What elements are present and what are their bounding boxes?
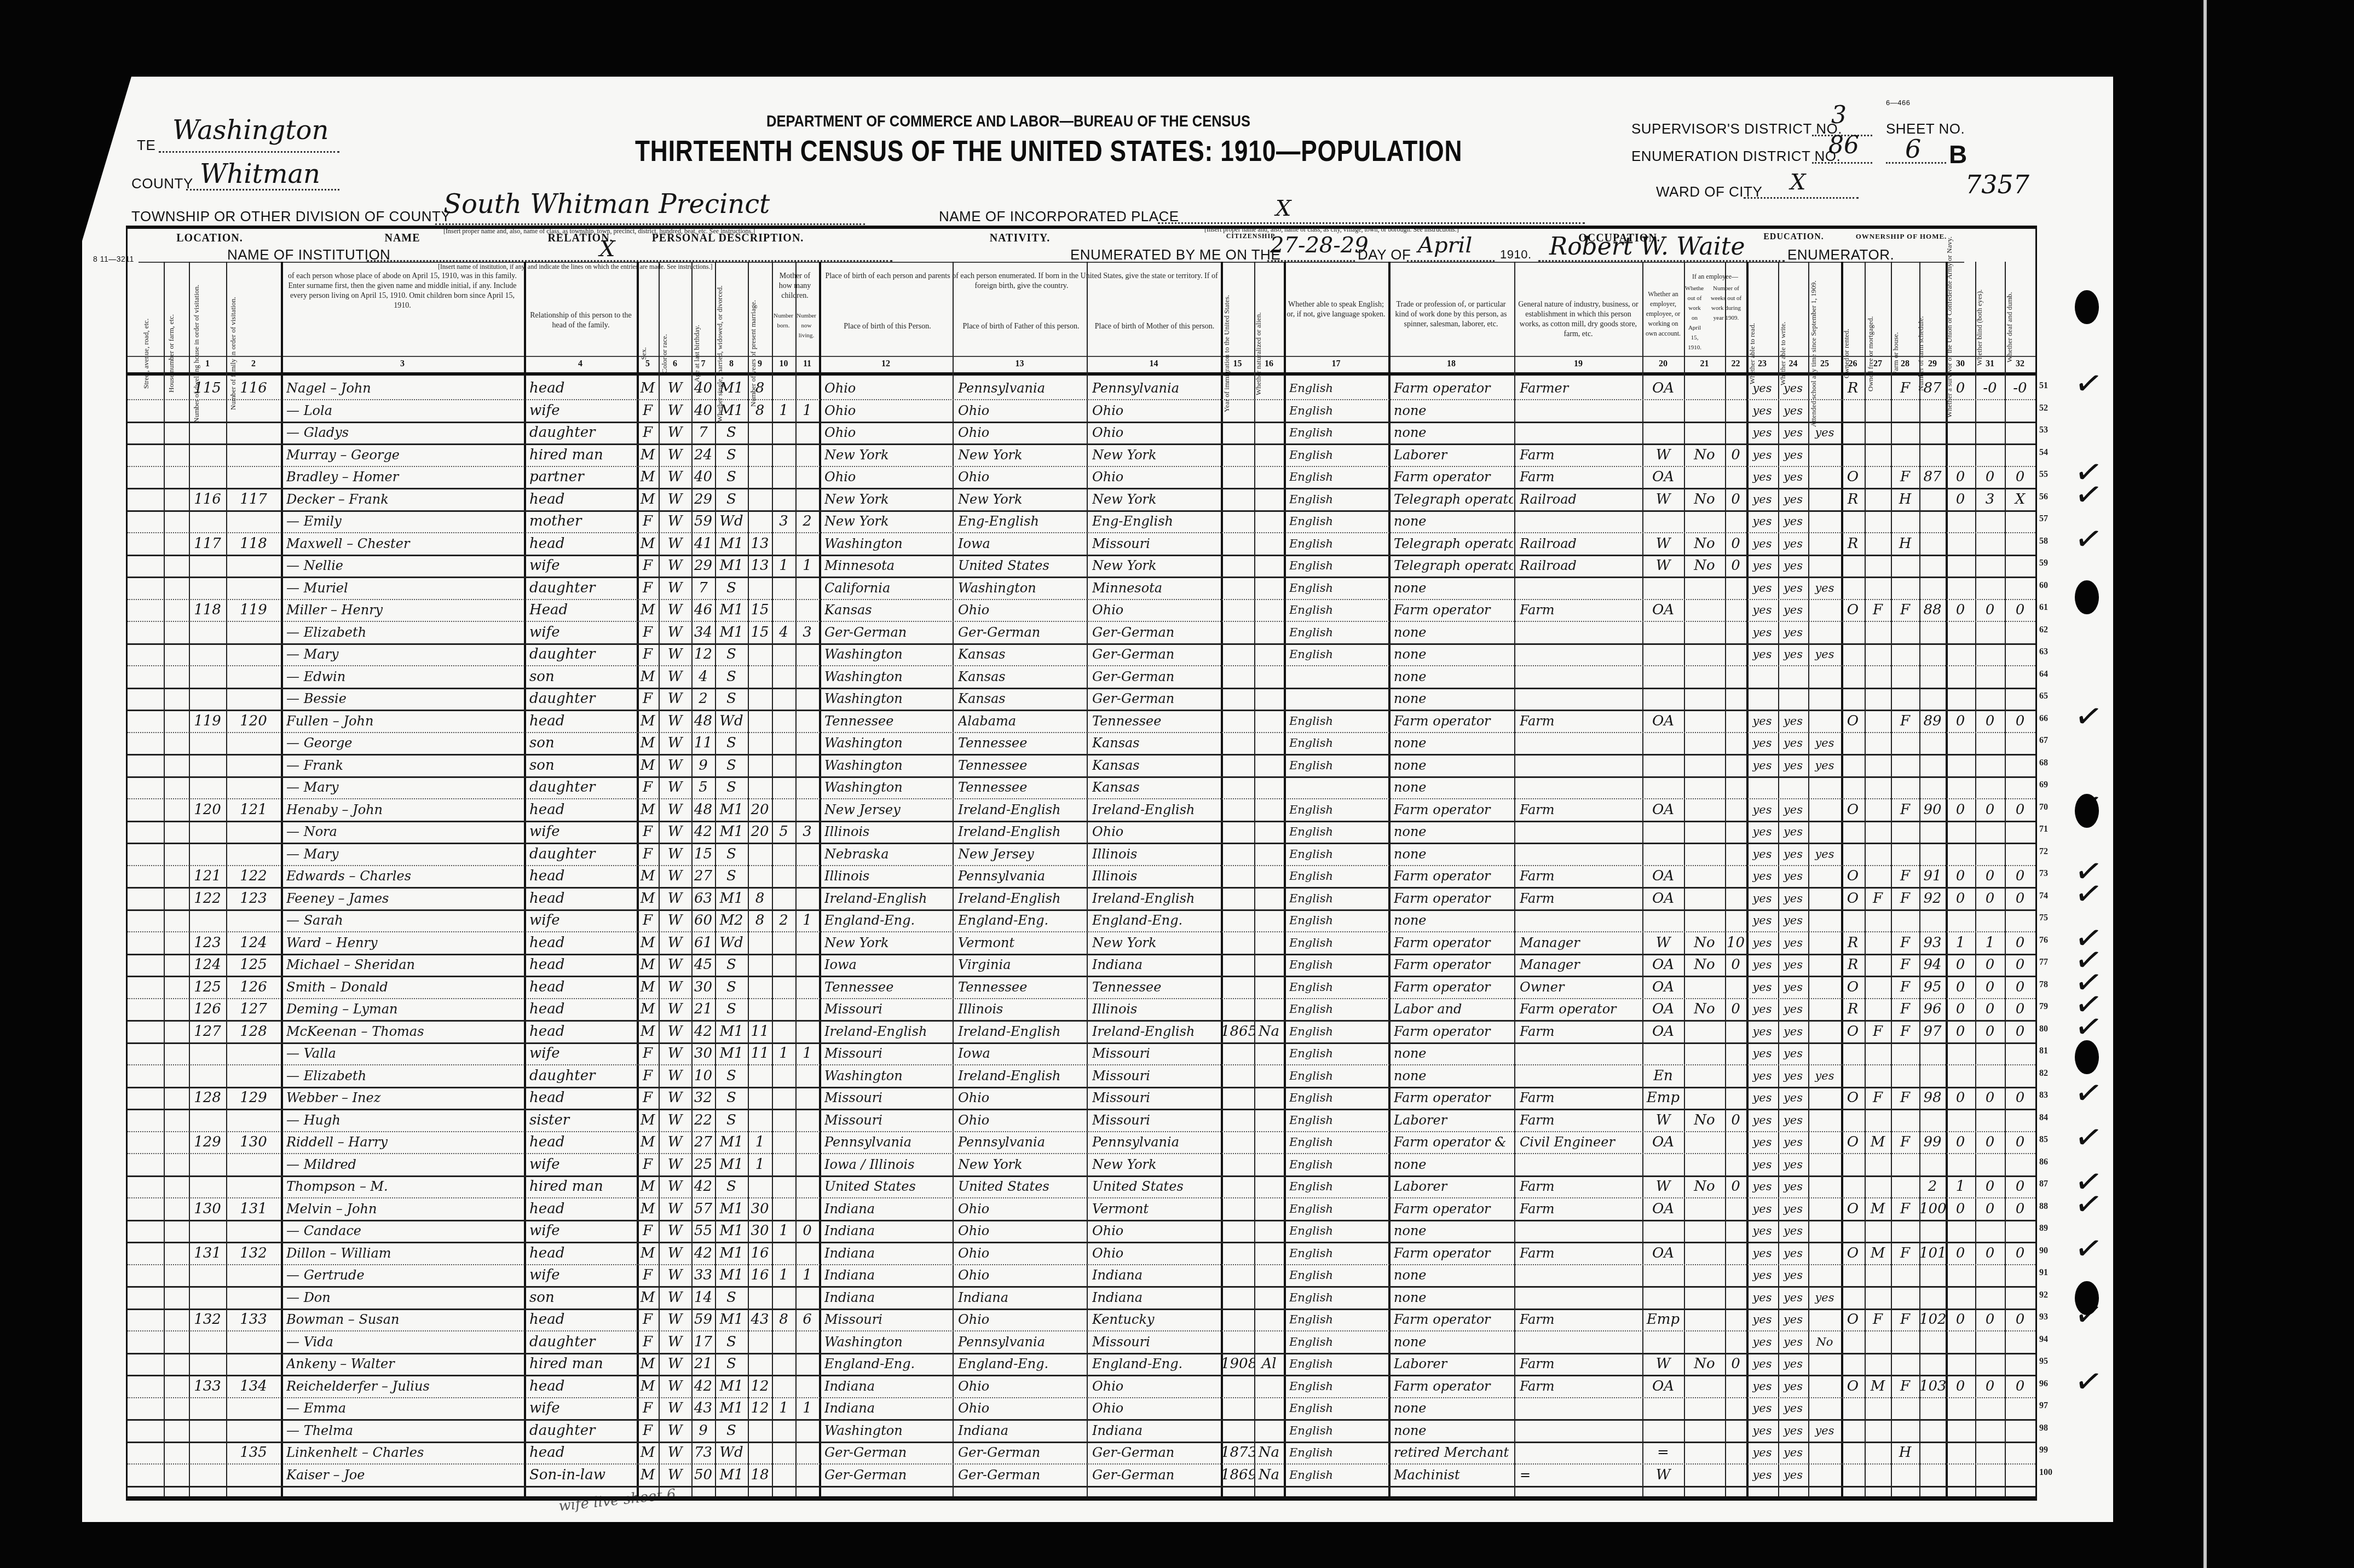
cell-dwelling [189, 1465, 226, 1485]
cell-relation: wife [529, 1043, 636, 1064]
cell-yrs: 30 [748, 1198, 772, 1219]
cell-sex: M [637, 1110, 659, 1131]
cell-bpm: Tennessee [1092, 977, 1220, 998]
cell-trade: retired Merchant [1394, 1442, 1513, 1463]
cell-dwelling [189, 1154, 226, 1175]
table-row: — DonsonMW14SIndianaIndianaIndianaEnglis… [128, 1286, 2035, 1310]
cell-dwelling [189, 821, 226, 842]
cell-living: 1 [795, 1043, 819, 1064]
cell-nat [1254, 445, 1284, 465]
cell-sched [1919, 1331, 1946, 1352]
cell-mort: F [1865, 1087, 1891, 1108]
cell-marital: M1 [715, 821, 748, 842]
cell-imm [1221, 711, 1254, 731]
cell-bp: Missouri [824, 1110, 951, 1131]
cell-race: W [659, 1176, 691, 1197]
cell-industry [1520, 821, 1641, 842]
cell-age: 11 [691, 733, 715, 753]
cell-family [226, 644, 281, 665]
cell-d [2005, 445, 2035, 465]
cell-v [1946, 1043, 1975, 1064]
cell-yrs: 16 [748, 1265, 772, 1285]
cell-race: W [659, 422, 691, 443]
cell-name: Ward – Henry [286, 932, 523, 953]
cell-bpm: Ger-German [1092, 1442, 1220, 1463]
column-number: 12 [819, 359, 953, 369]
cell-oow: No [1684, 932, 1725, 953]
cell-name: Thompson – M. [286, 1176, 523, 1197]
cell-b [1975, 1265, 2005, 1285]
cell-relation: head [529, 799, 636, 820]
cell-trade: Farm operator [1394, 954, 1513, 975]
cell-own: O [1841, 799, 1865, 820]
cell-write: yes [1778, 866, 1808, 886]
cell-imm [1221, 1220, 1254, 1241]
cell-d [2005, 644, 2035, 665]
cell-v [1946, 1154, 1975, 1175]
line-number: 59 [2039, 558, 2048, 568]
cell-yrs [748, 1176, 772, 1197]
cell-sched: 88 [1919, 599, 1946, 620]
cell-wks [1725, 1376, 1746, 1397]
cell-farm [1891, 1265, 1919, 1285]
cell-school: yes [1808, 1065, 1841, 1086]
cell-living [795, 1198, 819, 1219]
cell-imm [1221, 1398, 1254, 1419]
cell-school [1808, 777, 1841, 798]
cell-sex: M [637, 445, 659, 465]
table-row: — SarahwifeFW60M2821England-Eng.England-… [128, 909, 2035, 932]
cell-emp: W [1642, 1465, 1684, 1485]
cell-v: 0 [1946, 977, 1975, 998]
cell-industry [1520, 1398, 1641, 1419]
cell-lang: English [1289, 1309, 1387, 1330]
cell-lang: English [1289, 578, 1387, 598]
table-row: — MarydaughterFW5SWashingtonTennesseeKan… [128, 776, 2035, 799]
cell-bpm: Pennsylvania [1092, 378, 1220, 399]
cell-bpm: Missouri [1092, 1087, 1220, 1108]
cell-read: yes [1746, 466, 1778, 487]
cell-read: yes [1746, 511, 1778, 532]
cell-imm [1221, 422, 1254, 443]
cell-race: W [659, 1132, 691, 1152]
cell-born [772, 1287, 795, 1308]
cell-bpf: Ohio [958, 466, 1086, 487]
cell-d [2005, 622, 2035, 643]
cell-school [1808, 1132, 1841, 1152]
cell-living [795, 378, 819, 399]
cell-imm [1221, 489, 1254, 510]
cell-bpm: Ohio [1092, 1398, 1220, 1419]
cell-race: W [659, 622, 691, 643]
cell-trade: none [1394, 821, 1513, 842]
cell-relation: daughter [529, 422, 636, 443]
cell-race: W [659, 466, 691, 487]
cell-imm [1221, 1087, 1254, 1108]
cell-emp: W [1642, 445, 1684, 465]
cell-race: W [659, 1198, 691, 1219]
table-row: 125126Smith – DonaldheadMW30STennesseeTe… [128, 976, 2035, 999]
cell-d [2005, 1265, 2035, 1285]
cell-race: W [659, 821, 691, 842]
line-number: 54 [2039, 448, 2048, 458]
cell-v [1946, 1220, 1975, 1241]
cell-mort [1865, 1154, 1891, 1175]
cell-yrs [748, 1442, 772, 1463]
cell-oow [1684, 1309, 1725, 1330]
township-label: TOWNSHIP OR OTHER DIVISION OF COUNTY [131, 208, 451, 225]
cell-name: Miller – Henry [286, 599, 523, 620]
cell-nat [1254, 1287, 1284, 1308]
cell-marital: M1 [715, 1376, 748, 1397]
cell-b [1975, 1331, 2005, 1352]
cell-mort [1865, 866, 1891, 886]
cell-own [1841, 910, 1865, 931]
cell-emp: W [1642, 489, 1684, 510]
cell-industry [1520, 688, 1641, 709]
cell-industry [1520, 666, 1641, 687]
cell-b [1975, 1043, 2005, 1064]
cell-wks [1725, 1398, 1746, 1419]
cell-bpm: Ohio [1092, 1376, 1220, 1397]
cell-sched: 102 [1919, 1309, 1946, 1330]
cell-imm: 1869 [1221, 1465, 1254, 1485]
cell-read: yes [1746, 1398, 1778, 1419]
cell-b [1975, 1398, 2005, 1419]
cell-write: yes [1778, 799, 1808, 820]
table-row: Bradley – HomerpartnerMW40SOhioOhioOhioE… [128, 465, 2035, 489]
cell-race: W [659, 1243, 691, 1264]
cell-industry: Farm [1520, 1309, 1641, 1330]
table-row: — EmilymotherFW59Wd32New YorkEng-English… [128, 510, 2035, 533]
cell-industry [1520, 622, 1641, 643]
cell-oow: No [1684, 445, 1725, 465]
cell-own [1841, 1465, 1865, 1485]
cell-relation: sister [529, 1110, 636, 1131]
cell-bp: Iowa / Illinois [824, 1154, 951, 1175]
cell-yrs: 15 [748, 622, 772, 643]
cell-relation: son [529, 755, 636, 776]
line-number: 93 [2039, 1312, 2048, 1322]
cell-d [2005, 1154, 2035, 1175]
cell-born [772, 1420, 795, 1441]
cell-family [226, 466, 281, 487]
cell-d: 0 [2005, 977, 2035, 998]
cell-write: yes [1778, 1265, 1808, 1285]
cell-born [772, 1154, 795, 1175]
cell-family [226, 1465, 281, 1485]
cell-marital: S [715, 866, 748, 886]
cell-b: 0 [1975, 1021, 2005, 1042]
cell-sched [1919, 511, 1946, 532]
cell-nat: Al [1254, 1353, 1284, 1374]
cell-age: 43 [691, 1398, 715, 1419]
cell-d [2005, 555, 2035, 576]
cell-race: W [659, 1265, 691, 1285]
cell-trade: Farm operator [1394, 1021, 1513, 1042]
cell-own [1841, 777, 1865, 798]
cell-imm [1221, 578, 1254, 598]
cell-emp [1642, 1220, 1684, 1241]
cell-age: 42 [691, 1021, 715, 1042]
table-row: — EmmawifeFW43M11211IndianaOhioOhioEngli… [128, 1397, 2035, 1421]
column-number: 26 [1841, 359, 1865, 369]
cell-b [1975, 844, 2005, 864]
cell-bpf: Iowa [958, 1043, 1086, 1064]
cell-lang: English [1289, 1132, 1387, 1152]
table-row: 124125Michael – SheridanheadMW45SIowaVir… [128, 953, 2035, 977]
cell-own: O [1841, 711, 1865, 731]
cell-mort: M [1865, 1198, 1891, 1219]
cell-v [1946, 1287, 1975, 1308]
cell-oow: No [1684, 489, 1725, 510]
state-label: TE [137, 137, 155, 154]
cell-race: W [659, 555, 691, 576]
cell-bpm: Ger-German [1092, 1465, 1220, 1485]
cell-name: — Mary [286, 777, 523, 798]
punch-hole-icon [2075, 580, 2099, 614]
cell-sched: 98 [1919, 1087, 1946, 1108]
cell-read: yes [1746, 1220, 1778, 1241]
cell-wks [1725, 1287, 1746, 1308]
cell-read: yes [1746, 1309, 1778, 1330]
cell-race: W [659, 378, 691, 399]
line-number: 55 [2039, 470, 2048, 480]
cell-yrs [748, 1065, 772, 1086]
cell-family [226, 1043, 281, 1064]
cell-name: Edwards – Charles [286, 866, 523, 886]
cell-bpf: Illinois [958, 999, 1086, 1019]
cell-bpf: New York [958, 1154, 1086, 1175]
cell-school [1808, 1398, 1841, 1419]
cell-bp: Pennsylvania [824, 1132, 951, 1152]
cell-own: R [1841, 533, 1865, 554]
cell-write: yes [1778, 1353, 1808, 1374]
cell-school [1808, 1442, 1841, 1463]
cell-sched [1919, 688, 1946, 709]
cell-marital: S [715, 688, 748, 709]
cell-yrs [748, 733, 772, 753]
cell-sched [1919, 578, 1946, 598]
cell-industry [1520, 733, 1641, 753]
cell-industry [1520, 1065, 1641, 1086]
cell-bp: Indiana [824, 1376, 951, 1397]
cell-bpf: United States [958, 1176, 1086, 1197]
cell-dwelling: 128 [189, 1087, 226, 1108]
cell-dwelling: 127 [189, 1021, 226, 1042]
cell-yrs: 11 [748, 1043, 772, 1064]
cell-dwelling: 126 [189, 999, 226, 1019]
cell-bpf: Ohio [958, 1265, 1086, 1285]
cell-school [1808, 1376, 1841, 1397]
cell-b [1975, 533, 2005, 554]
cell-farm [1891, 844, 1919, 864]
cell-family [226, 400, 281, 421]
column-number: 8 [715, 359, 748, 369]
cell-lang: English [1289, 1065, 1387, 1086]
cell-name: — Thelma [286, 1420, 523, 1441]
cell-emp: W [1642, 533, 1684, 554]
cell-mort [1865, 1442, 1891, 1463]
cell-industry: Farm [1520, 466, 1641, 487]
column-number: 4 [524, 359, 637, 369]
cell-read: yes [1746, 1376, 1778, 1397]
cell-lang: English [1289, 821, 1387, 842]
cell-sex: M [637, 1198, 659, 1219]
cell-industry: Farmer [1520, 378, 1641, 399]
cell-oow: No [1684, 954, 1725, 975]
cell-lang: English [1289, 400, 1387, 421]
sheet-side: B [1949, 140, 1968, 169]
cell-wks [1725, 378, 1746, 399]
cell-wks: 0 [1725, 533, 1746, 554]
cell-v [1946, 666, 1975, 687]
cell-bpf: Ohio [958, 1309, 1086, 1330]
cell-nat [1254, 733, 1284, 753]
cell-race: W [659, 1220, 691, 1241]
cell-bpf: Kansas [958, 688, 1086, 709]
cell-d [2005, 511, 2035, 532]
cell-read: yes [1746, 1353, 1778, 1374]
cell-school: yes [1808, 578, 1841, 598]
cell-bpm: Ger-German [1092, 644, 1220, 665]
cell-farm [1891, 1353, 1919, 1374]
cell-wks [1725, 1265, 1746, 1285]
cell-bp: Tennessee [824, 977, 951, 998]
cell-own [1841, 821, 1865, 842]
cell-emp: OA [1642, 866, 1684, 886]
cell-oow [1684, 1021, 1725, 1042]
cell-school [1808, 1154, 1841, 1175]
cell-farm [1891, 688, 1919, 709]
cell-v [1946, 445, 1975, 465]
cell-name: Nagel – John [286, 378, 523, 399]
cell-industry [1520, 422, 1641, 443]
cell-write: yes [1778, 1376, 1808, 1397]
cell-family: 119 [226, 599, 281, 620]
cell-nat [1254, 599, 1284, 620]
cell-mort: M [1865, 1243, 1891, 1264]
cell-wks: 0 [1725, 954, 1746, 975]
cell-imm [1221, 1043, 1254, 1064]
cell-wks [1725, 400, 1746, 421]
cell-bpf: Ohio [958, 1198, 1086, 1219]
cell-dwelling [189, 445, 226, 465]
cell-trade: Farm operator [1394, 977, 1513, 998]
cell-write: yes [1778, 1243, 1808, 1264]
cell-race: W [659, 1287, 691, 1308]
cell-bpf: England-Eng. [958, 910, 1086, 931]
column-number: 20 [1642, 359, 1684, 369]
cell-race: W [659, 578, 691, 598]
cell-born [772, 733, 795, 753]
cell-lang: English [1289, 599, 1387, 620]
table-row: — MurieldaughterFW7SCaliforniaWashington… [128, 577, 2035, 600]
line-number: 57 [2039, 514, 2048, 524]
cell-lang: English [1289, 1465, 1387, 1485]
cell-born [772, 1065, 795, 1086]
cell-bpf: Ger-German [958, 1465, 1086, 1485]
cell-bpf: Ger-German [958, 622, 1086, 643]
cell-oow: No [1684, 1176, 1725, 1197]
cell-race: W [659, 888, 691, 909]
cell-lang: English [1289, 1442, 1387, 1463]
cell-b [1975, 578, 2005, 598]
cell-bpf: Ireland-English [958, 888, 1086, 909]
cell-mort: M [1865, 1132, 1891, 1152]
cell-bpf: Pennsylvania [958, 378, 1086, 399]
column-number: 17 [1284, 359, 1388, 369]
cell-bp: Washington [824, 688, 951, 709]
cell-industry: Farm [1520, 711, 1641, 731]
cell-sched [1919, 1043, 1946, 1064]
cell-imm [1221, 1065, 1254, 1086]
cell-imm [1221, 599, 1254, 620]
cell-dwelling [189, 1442, 226, 1463]
cell-d: 0 [2005, 466, 2035, 487]
cell-dwelling [189, 1110, 226, 1131]
cell-marital: M1 [715, 1043, 748, 1064]
cell-own [1841, 1176, 1865, 1197]
cell-bp: Missouri [824, 1087, 951, 1108]
cell-b: 0 [1975, 1087, 2005, 1108]
cell-age: 57 [691, 1198, 715, 1219]
cell-read: yes [1746, 445, 1778, 465]
cell-sched: 103 [1919, 1376, 1946, 1397]
cell-imm [1221, 932, 1254, 953]
cell-farm [1891, 666, 1919, 687]
cell-relation: wife [529, 1265, 636, 1285]
cell-dwelling: 122 [189, 888, 226, 909]
torn-corner [82, 77, 131, 241]
cell-family: 134 [226, 1376, 281, 1397]
cell-name: — Bessie [286, 688, 523, 709]
cell-b [1975, 422, 2005, 443]
cell-bpm: Minnesota [1092, 578, 1220, 598]
cell-yrs: 1 [748, 1154, 772, 1175]
cell-marital: M1 [715, 1265, 748, 1285]
cell-living: 1 [795, 910, 819, 931]
cell-write: yes [1778, 711, 1808, 731]
table-row: 128129Webber – InezheadFW32SMissouriOhio… [128, 1086, 2035, 1110]
cell-bpf: Ohio [958, 422, 1086, 443]
cell-sex: M [637, 599, 659, 620]
line-number: 51 [2039, 381, 2048, 391]
cell-family [226, 1110, 281, 1131]
cell-family [226, 1265, 281, 1285]
cell-bp: Ohio [824, 466, 951, 487]
cell-family [226, 1220, 281, 1241]
cell-bpf: Pennsylvania [958, 1132, 1086, 1152]
cell-wks [1725, 888, 1746, 909]
line-number: 65 [2039, 691, 2048, 701]
cell-born [772, 844, 795, 864]
cell-emp [1642, 777, 1684, 798]
cell-family: 122 [226, 866, 281, 886]
cell-dwelling [189, 622, 226, 643]
cell-imm [1221, 888, 1254, 909]
cell-v [1946, 1110, 1975, 1131]
cell-write: yes [1778, 977, 1808, 998]
cell-bpm: Ger-German [1092, 666, 1220, 687]
cell-write: yes [1778, 466, 1808, 487]
cell-yrs [748, 954, 772, 975]
census-table: LOCATION. NAME RELATION. PERSONAL DESCRI… [126, 226, 2037, 1501]
cell-wks [1725, 1065, 1746, 1086]
cell-industry [1520, 777, 1641, 798]
cell-sched: 92 [1919, 888, 1946, 909]
line-number: 58 [2039, 537, 2048, 546]
